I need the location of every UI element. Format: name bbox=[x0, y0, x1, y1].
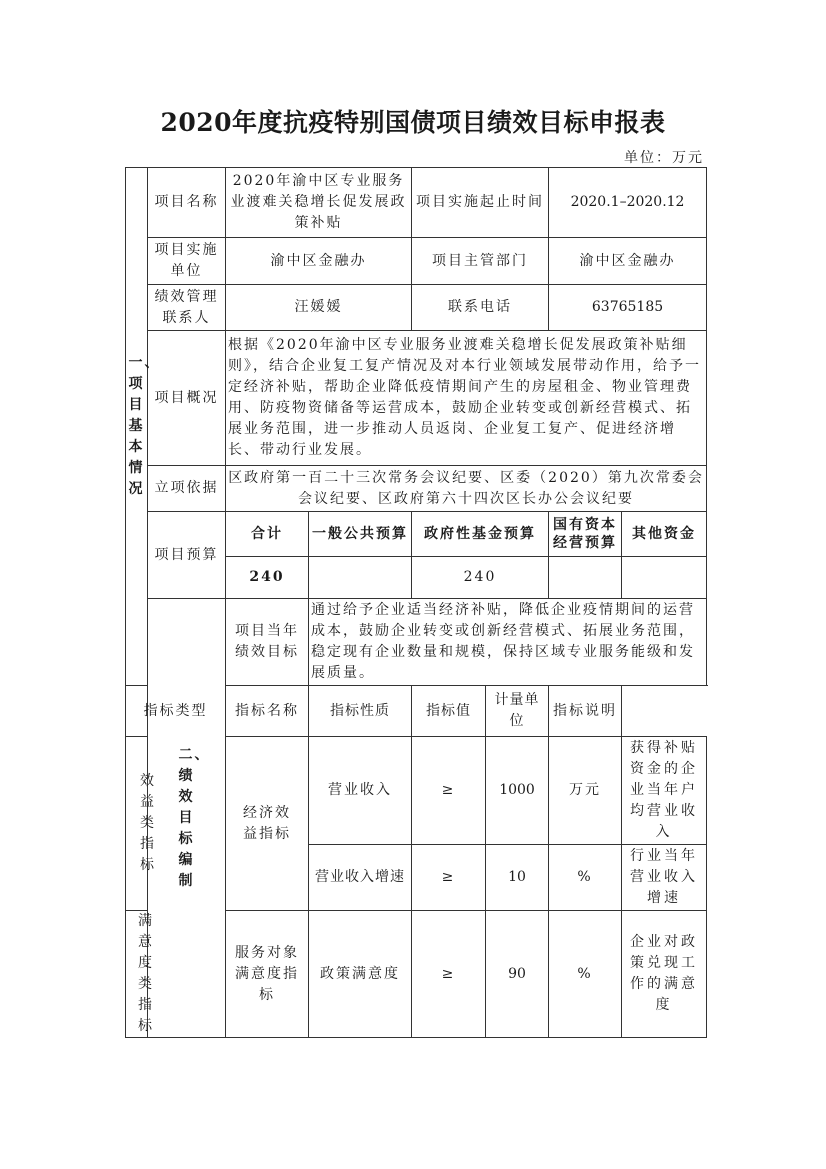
header-indicator-value: 指标值 bbox=[412, 686, 486, 737]
overview-label: 项目概况 bbox=[148, 331, 226, 466]
performance-table: 一、项目基本情况 项目名称 2020年渝中区专业服务业渡难关稳增长促发展政策补贴… bbox=[125, 167, 707, 1038]
indicator-name: 营业收入增速 bbox=[309, 845, 412, 911]
indicator-type2: 经济效益指标 bbox=[226, 737, 309, 911]
goal-text: 通过给予企业适当经济补贴，降低企业疫情期间的运营成本，鼓励企业转变或创新经营模式… bbox=[309, 599, 707, 686]
indicator-nature: ≥ bbox=[412, 737, 486, 845]
impl-unit-value: 渝中区金融办 bbox=[226, 238, 412, 285]
unit-label: 单位：万元 bbox=[624, 147, 704, 167]
indicator-type1: 满意度类指标 bbox=[126, 911, 148, 1038]
budget-label: 项目预算 bbox=[148, 512, 226, 599]
header-unit: 计量单位 bbox=[486, 686, 549, 737]
dept-label: 项目主管部门 bbox=[412, 238, 549, 285]
contact-value: 汪媛媛 bbox=[226, 285, 412, 331]
indicator-nature: ≥ bbox=[412, 845, 486, 911]
indicator-type2: 服务对象满意度指标 bbox=[226, 911, 309, 1038]
period-label: 项目实施起止时间 bbox=[412, 168, 549, 238]
section-2-label: 二、绩效目标编制 bbox=[148, 599, 226, 1038]
budget-value-general bbox=[309, 557, 412, 599]
project-name-label: 项目名称 bbox=[148, 168, 226, 238]
indicator-unit: % bbox=[549, 911, 622, 1038]
indicator-type1: 效益类指标 bbox=[126, 737, 148, 911]
phone-value: 63765185 bbox=[549, 285, 707, 331]
indicator-desc: 企业对政策兑现工作的满意度 bbox=[622, 911, 707, 1038]
budget-header-total: 合计 bbox=[226, 512, 309, 557]
overview-text: 根据《2020年渝中区专业服务业渡难关稳增长促发展政策补贴细则》，结合企业复工复… bbox=[226, 331, 707, 466]
indicator-value: 90 bbox=[486, 911, 549, 1038]
impl-unit-label: 项目实施单位 bbox=[148, 238, 226, 285]
contact-label: 绩效管理联系人 bbox=[148, 285, 226, 331]
goal-label: 项目当年绩效目标 bbox=[226, 599, 309, 686]
indicator-nature: ≥ bbox=[412, 911, 486, 1038]
indicator-unit: % bbox=[549, 845, 622, 911]
indicator-value: 10 bbox=[486, 845, 549, 911]
header-indicator-nature: 指标性质 bbox=[309, 686, 412, 737]
budget-value-state-capital bbox=[549, 557, 622, 599]
period-value: 2020.1–2020.12 bbox=[549, 168, 707, 238]
budget-header-fund: 政府性基金预算 bbox=[412, 512, 549, 557]
section-1-label: 一、项目基本情况 bbox=[126, 168, 148, 686]
indicator-name: 营业收入 bbox=[309, 737, 412, 845]
indicator-desc: 行业当年营业收入增速 bbox=[622, 845, 707, 911]
budget-header-other: 其他资金 bbox=[622, 512, 707, 557]
header-description: 指标说明 bbox=[549, 686, 622, 737]
header-indicator-name: 指标名称 bbox=[226, 686, 309, 737]
basis-label: 立项依据 bbox=[148, 466, 226, 512]
budget-header-state-capital: 国有资本经营预算 bbox=[549, 512, 622, 557]
basis-text: 区政府第一百二十三次常务会议纪要、区委（2020）第九次常委会会议纪要、区政府第… bbox=[226, 466, 707, 512]
budget-value-total: 240 bbox=[226, 557, 309, 599]
project-name-value: 2020年渝中区专业服务业渡难关稳增长促发展政策补贴 bbox=[226, 168, 412, 238]
indicator-value: 1000 bbox=[486, 737, 549, 845]
phone-label: 联系电话 bbox=[412, 285, 549, 331]
page-title: 2020年度抗疫特别国债项目绩效目标申报表 bbox=[0, 103, 826, 139]
budget-value-other bbox=[622, 557, 707, 599]
indicator-unit: 万元 bbox=[549, 737, 622, 845]
budget-header-general: 一般公共预算 bbox=[309, 512, 412, 557]
indicator-name: 政策满意度 bbox=[309, 911, 412, 1038]
header-indicator-type: 指标类型 bbox=[126, 686, 226, 737]
budget-value-fund: 240 bbox=[412, 557, 549, 599]
dept-value: 渝中区金融办 bbox=[549, 238, 707, 285]
indicator-desc: 获得补贴资金的企业当年户均营业收入 bbox=[622, 737, 707, 845]
